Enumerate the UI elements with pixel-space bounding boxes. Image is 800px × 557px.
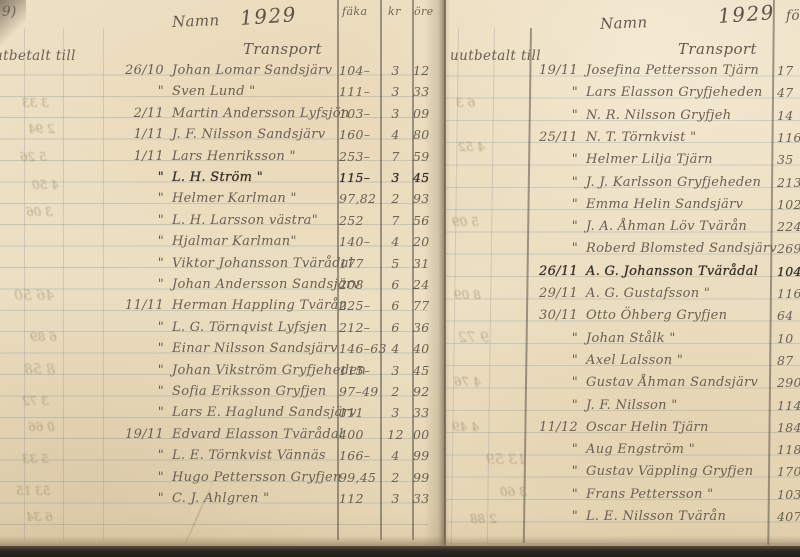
ledger-row: "N. R. Nilsson Gryfjeh14 [0, 108, 800, 126]
cell-amount: 170. [777, 464, 800, 479]
ghost-number: 4 76 [454, 375, 481, 389]
cell-amount: 104 [777, 264, 800, 279]
right-name-header: Namn [600, 13, 648, 33]
cell-name: Lars Elasson Gryfjeheden [586, 85, 763, 100]
cell-name: Gustav Väppling Gryfjen [586, 464, 753, 479]
cell-amount: 87 [777, 353, 800, 368]
ledger-row: "J. A. Åhman Löv Tvärån224 [0, 219, 800, 237]
cell-date: 30/11 [532, 308, 578, 323]
cell-name: N. R. Nilsson Gryfjeh [586, 108, 731, 123]
ghost-number: 5 09 [452, 215, 479, 229]
cell-name: J. F. Nilsson " [586, 398, 678, 413]
ledger-row: 19/11Josefina Pettersson Tjärn17 [0, 63, 800, 81]
cell-amount: 116 [777, 130, 800, 145]
cell-amount: 116 [777, 286, 800, 301]
ledger-row: "L. E. Nilsson Tvärån407 [0, 509, 800, 527]
ghost-number: 13 59 [486, 452, 526, 468]
cell-name: Roberd Blomsted Sandsjärv [586, 241, 777, 256]
ledger-row: "Aug Engström "118 [0, 442, 800, 460]
left-col-header-kr: kr [388, 5, 401, 18]
ghost-number: 8 58 [24, 362, 55, 378]
ledger-row: "Gustav Åhman Sandsjärv290 [0, 375, 800, 393]
cell-name: A. G. Johansson Tvärådal [586, 264, 758, 279]
cell-amount: 103 [777, 487, 800, 502]
ghost-number: 6 89 [30, 330, 57, 344]
cell-date: " [532, 398, 578, 413]
cell-amount: 407 [777, 509, 800, 524]
ledger-row: "Axel Lalsson "87 [0, 353, 800, 371]
left-name-header: Namn [172, 11, 220, 31]
right-paid-to-label: uutbetalt till [450, 48, 541, 64]
ghost-number: 4 49 [452, 420, 479, 434]
left-paid-to-label: utbetalt till [0, 48, 76, 64]
ledger-row: 26/11A. G. Johansson Tvärådal104 [0, 264, 800, 282]
ledger-row: 25/11N. T. Törnkvist "116 [0, 130, 800, 148]
ledger-row: "Emma Helin Sandsjärv102 [0, 197, 800, 215]
cell-name: Oscar Helin Tjärn [586, 420, 709, 435]
cell-name: Emma Helin Sandsjärv [586, 197, 743, 212]
cell-amount: 10 [777, 331, 800, 346]
cell-amount: 14 [777, 108, 800, 123]
ledger-row: 29/11A. G. Gustafsson "116 [0, 286, 800, 304]
ghost-number: 46 50 [14, 288, 54, 304]
cell-amount: 118 [777, 442, 800, 457]
ghost-number: 6 3 [456, 96, 475, 110]
cell-amount: 213 [777, 175, 800, 190]
cell-amount: 17 [777, 63, 800, 78]
cell-amount: 47 [777, 85, 800, 100]
ghost-number: 2 94 [28, 122, 55, 136]
ledger-row: "J. F. Nilsson "114 [0, 398, 800, 416]
cell-name: Johan Stålk " [586, 331, 676, 346]
right-edge-header: för [786, 8, 800, 24]
cell-name: N. T. Törnkvist " [586, 130, 696, 145]
ledger-row: "Helmer Lilja Tjärn35 [0, 152, 800, 170]
cell-amount: 269 [777, 241, 800, 256]
ghost-number: 3 72 [22, 394, 49, 408]
left-col-header-ore: öre [414, 5, 434, 18]
ghost-number: 3 60 [500, 485, 527, 499]
cell-date: " [532, 487, 578, 502]
cell-date: " [532, 375, 578, 390]
ghost-number: 6 34 [26, 510, 53, 524]
ledger-row: "Johan Stålk "10 [0, 331, 800, 349]
cell-date: " [532, 464, 578, 479]
cell-name: Aug Engström " [586, 442, 695, 457]
cell-date: " [532, 331, 578, 346]
cell-date: " [532, 353, 578, 368]
ledger-row: 11/12Oscar Helin Tjärn184 [0, 420, 800, 438]
left-col-header-amount: fäka [342, 5, 367, 18]
cell-name: Frans Pettersson " [586, 487, 713, 502]
ghost-number: 4 50 [32, 178, 59, 192]
cell-date: " [532, 197, 578, 212]
corner-mark: 9) [2, 4, 17, 20]
photo-edge [0, 546, 800, 557]
cell-amount: 35 [777, 152, 800, 167]
cell-date: " [532, 219, 578, 234]
cell-date: " [532, 108, 578, 123]
ledger-row: 30/11Otto Öhberg Gryfjen64 [0, 308, 800, 326]
cell-date: " [532, 241, 578, 256]
ledger-row: "Gustav Väppling Gryfjen170. [0, 464, 800, 482]
ghost-number: 3 06 [26, 205, 53, 219]
ghost-number: 5 26 [20, 150, 47, 164]
cell-name: J. J. Karlsson Gryfjeheden [586, 175, 761, 190]
cell-name: A. G. Gustafsson " [586, 286, 710, 301]
cell-name: Axel Lalsson " [586, 353, 683, 368]
cell-date: 29/11 [532, 286, 578, 301]
right-year: 1929 [717, 0, 775, 28]
ghost-number: 4 52 [458, 140, 485, 154]
ghost-number: 2 88 [470, 512, 497, 526]
cell-amount: 64 [777, 308, 800, 323]
ghost-number: 3 33 [22, 96, 49, 110]
cell-date: 25/11 [532, 130, 578, 145]
cell-date: " [532, 85, 578, 100]
cell-name: Helmer Lilja Tjärn [586, 152, 713, 167]
ledger-row: "Lars Elasson Gryfjeheden47 [0, 85, 800, 103]
ghost-number: 5 33 [22, 452, 49, 466]
ledger-row: "Frans Pettersson "103 [0, 487, 800, 505]
left-year: 1929 [239, 2, 297, 30]
ghost-number: 9 72 [458, 330, 489, 346]
cell-date: " [532, 442, 578, 457]
right-transport-label: Transport [678, 40, 757, 58]
cell-amount: 290 [777, 375, 800, 390]
cell-name: Gustav Åhman Sandsjärv [586, 375, 758, 390]
ledger-row: "Roberd Blomsted Sandsjärv269 [0, 241, 800, 259]
ledger-row: "J. J. Karlsson Gryfjeheden213 [0, 175, 800, 193]
cell-date: 26/11 [532, 264, 578, 279]
ghost-number: 8 09 [454, 288, 481, 302]
ghost-number: 53 15 [16, 484, 50, 498]
cell-date: " [532, 152, 578, 167]
cell-name: J. A. Åhman Löv Tvärån [586, 219, 747, 234]
cell-amount: 224 [777, 219, 800, 234]
cell-amount: 114 [777, 398, 800, 413]
cell-amount: 184 [777, 420, 800, 435]
cell-date: " [532, 175, 578, 190]
cell-date: " [532, 509, 578, 524]
cell-date: 11/12 [532, 420, 578, 435]
cell-name: Josefina Pettersson Tjärn [586, 63, 759, 78]
cell-amount: 102 [777, 197, 800, 212]
ghost-number: 0 66 [28, 420, 55, 434]
cell-name: Otto Öhberg Gryfjen [586, 308, 727, 323]
cell-name: L. E. Nilsson Tvärån [586, 509, 726, 524]
cell-date: 19/11 [532, 63, 578, 78]
left-transport-label: Transport [243, 40, 322, 58]
ledger-scan: 9) Namn 1929 Transport utbetalt till fäk… [0, 0, 800, 557]
